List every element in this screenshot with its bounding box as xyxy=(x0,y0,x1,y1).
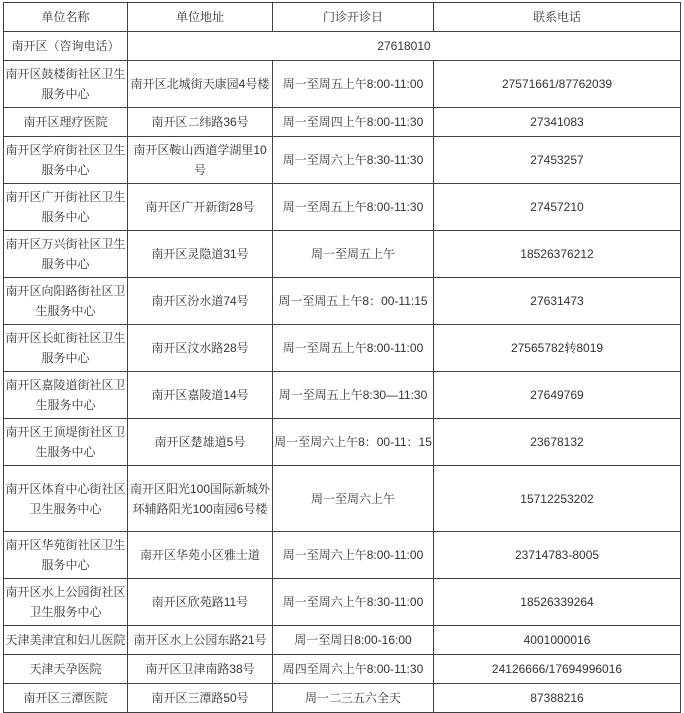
phone-cell: 23714783-8005 xyxy=(434,532,681,579)
unit-address-cell: 南开区阳光100国际新城外环辅路阳光100南园6号楼 xyxy=(128,466,273,532)
hotline-name-cell: 南开区（咨询电话） xyxy=(4,32,128,61)
phone-cell: 27565782转8019 xyxy=(434,325,681,372)
table-row: 南开区嘉陵道街社区卫生服务中心 南开区嘉陵道14号 周一至周五上午8:30—11… xyxy=(4,372,681,419)
unit-address-cell: 南开区卫津南路38号 xyxy=(128,655,273,684)
table-row: 南开区长虹街社区卫生服务中心 南开区汶水路28号 周一至周五上午8:00-11:… xyxy=(4,325,681,372)
schedule-cell: 周四至周六上午8:00-11:30 xyxy=(273,655,434,684)
schedule-cell: 周一至周五上午8:00-11:30 xyxy=(273,184,434,231)
header-row: 单位名称 单位地址 门诊开诊日 联系电话 xyxy=(4,3,681,32)
unit-name-cell: 南开区长虹街社区卫生服务中心 xyxy=(4,325,128,372)
unit-name-cell: 南开区水上公园街社区卫生服务中心 xyxy=(4,579,128,626)
phone-cell: 27631473 xyxy=(434,278,681,325)
schedule-cell: 周一至周六上午8:00-11:00 xyxy=(273,532,434,579)
col-header-clinic-days: 门诊开诊日 xyxy=(273,3,434,32)
schedule-cell: 周一至周四上午8:00-11:30 xyxy=(273,108,434,137)
schedule-cell: 周一至周五上午8:00-11:00 xyxy=(273,61,434,108)
unit-name-cell: 天津美津宜和妇儿医院 xyxy=(4,626,128,655)
unit-name-cell: 南开区鼓楼街社区卫生服务中心 xyxy=(4,61,128,108)
unit-name-cell: 南开区王顶堤街社区卫生服务中心 xyxy=(4,419,128,466)
col-header-unit-name: 单位名称 xyxy=(4,3,128,32)
unit-name-cell: 南开区学府街社区卫生服务中心 xyxy=(4,137,128,184)
unit-address-cell: 南开区鞍山西道学湖里10号 xyxy=(128,137,273,184)
table-row: 天津天孕医院 南开区卫津南路38号 周四至周六上午8:00-11:30 2412… xyxy=(4,655,681,684)
table-row: 南开区理疗医院 南开区二纬路36号 周一至周四上午8:00-11:30 2734… xyxy=(4,108,681,137)
schedule-cell: 周一至周六上午8:30-11:00 xyxy=(273,579,434,626)
phone-cell: 27571661/87762039 xyxy=(434,61,681,108)
unit-address-cell: 南开区欣苑路11号 xyxy=(128,579,273,626)
table-row: 南开区水上公园街社区卫生服务中心 南开区欣苑路11号 周一至周六上午8:30-1… xyxy=(4,579,681,626)
unit-address-cell: 南开区北城街天康园4号楼 xyxy=(128,61,273,108)
hotline-row: 南开区（咨询电话） 27618010 xyxy=(4,32,681,61)
unit-name-cell: 南开区三潭医院 xyxy=(4,684,128,713)
schedule-cell: 周一至周五上午8:00-11:00 xyxy=(273,325,434,372)
phone-cell: 18526339264 xyxy=(434,579,681,626)
unit-address-cell: 南开区二纬路36号 xyxy=(128,108,273,137)
unit-address-cell: 南开区楚雄道5号 xyxy=(128,419,273,466)
schedule-cell: 周一至周五上午8:30—11:30 xyxy=(273,372,434,419)
hotline-phone-cell: 27618010 xyxy=(128,32,681,61)
phone-cell: 27457210 xyxy=(434,184,681,231)
unit-name-cell: 天津天孕医院 xyxy=(4,655,128,684)
phone-cell: 18526376212 xyxy=(434,231,681,278)
table-row: 南开区学府街社区卫生服务中心 南开区鞍山西道学湖里10号 周一至周六上午8:30… xyxy=(4,137,681,184)
table-row: 南开区鼓楼街社区卫生服务中心 南开区北城街天康园4号楼 周一至周五上午8:00-… xyxy=(4,61,681,108)
schedule-cell: 周一二三五六全天 xyxy=(273,684,434,713)
unit-name-cell: 南开区万兴街社区卫生服务中心 xyxy=(4,231,128,278)
phone-cell: 4001000016 xyxy=(434,626,681,655)
unit-address-cell: 南开区广开新街28号 xyxy=(128,184,273,231)
phone-cell: 27649769 xyxy=(434,372,681,419)
unit-address-cell: 南开区汶水路28号 xyxy=(128,325,273,372)
table-row: 南开区王顶堤街社区卫生服务中心 南开区楚雄道5号 周一至周六上午8：00-11：… xyxy=(4,419,681,466)
schedule-cell: 周一至周六上午8：00-11：15 xyxy=(273,419,434,466)
phone-cell: 87388216 xyxy=(434,684,681,713)
table-row: 天津美津宜和妇儿医院 南开区水上公园东路21号 周一至周日8:00-16:00 … xyxy=(4,626,681,655)
unit-name-cell: 南开区华苑街社区卫生服务中心 xyxy=(4,532,128,579)
unit-name-cell: 南开区体育中心街社区卫生服务中心 xyxy=(4,466,128,532)
schedule-cell: 周一至周六上午 xyxy=(273,466,434,532)
table-row: 南开区体育中心街社区卫生服务中心 南开区阳光100国际新城外环辅路阳光100南园… xyxy=(4,466,681,532)
unit-name-cell: 南开区向阳路街社区卫生服务中心 xyxy=(4,278,128,325)
unit-name-cell: 南开区理疗医院 xyxy=(4,108,128,137)
table-row: 南开区华苑街社区卫生服务中心 南开区华苑小区雅士道 周一至周六上午8:00-11… xyxy=(4,532,681,579)
unit-address-cell: 南开区汾水道74号 xyxy=(128,278,273,325)
phone-cell: 27341083 xyxy=(434,108,681,137)
unit-address-cell: 南开区嘉陵道14号 xyxy=(128,372,273,419)
unit-name-cell: 南开区嘉陵道街社区卫生服务中心 xyxy=(4,372,128,419)
col-header-contact-phone: 联系电话 xyxy=(434,3,681,32)
phone-cell: 23678132 xyxy=(434,419,681,466)
unit-address-cell: 南开区华苑小区雅士道 xyxy=(128,532,273,579)
phone-cell: 24126666/17694996016 xyxy=(434,655,681,684)
unit-name-cell: 南开区广开街社区卫生服务中心 xyxy=(4,184,128,231)
phone-cell: 27453257 xyxy=(434,137,681,184)
clinic-table: 单位名称 单位地址 门诊开诊日 联系电话 南开区（咨询电话） 27618010 … xyxy=(3,2,681,713)
col-header-unit-address: 单位地址 xyxy=(128,3,273,32)
schedule-cell: 周一至周五上午8：00-11:15 xyxy=(273,278,434,325)
unit-address-cell: 南开区灵隐道31号 xyxy=(128,231,273,278)
phone-cell: 15712253202 xyxy=(434,466,681,532)
table-row: 南开区广开街社区卫生服务中心 南开区广开新街28号 周一至周五上午8:00-11… xyxy=(4,184,681,231)
table-row: 南开区万兴街社区卫生服务中心 南开区灵隐道31号 周一至周五上午 1852637… xyxy=(4,231,681,278)
schedule-cell: 周一至周五上午 xyxy=(273,231,434,278)
page: 单位名称 单位地址 门诊开诊日 联系电话 南开区（咨询电话） 27618010 … xyxy=(0,0,684,701)
schedule-cell: 周一至周日8:00-16:00 xyxy=(273,626,434,655)
table-row: 南开区三潭医院 南开区三潭路50号 周一二三五六全天 87388216 xyxy=(4,684,681,713)
table-row: 南开区向阳路街社区卫生服务中心 南开区汾水道74号 周一至周五上午8：00-11… xyxy=(4,278,681,325)
schedule-cell: 周一至周六上午8:30-11:30 xyxy=(273,137,434,184)
unit-address-cell: 南开区水上公园东路21号 xyxy=(128,626,273,655)
unit-address-cell: 南开区三潭路50号 xyxy=(128,684,273,713)
